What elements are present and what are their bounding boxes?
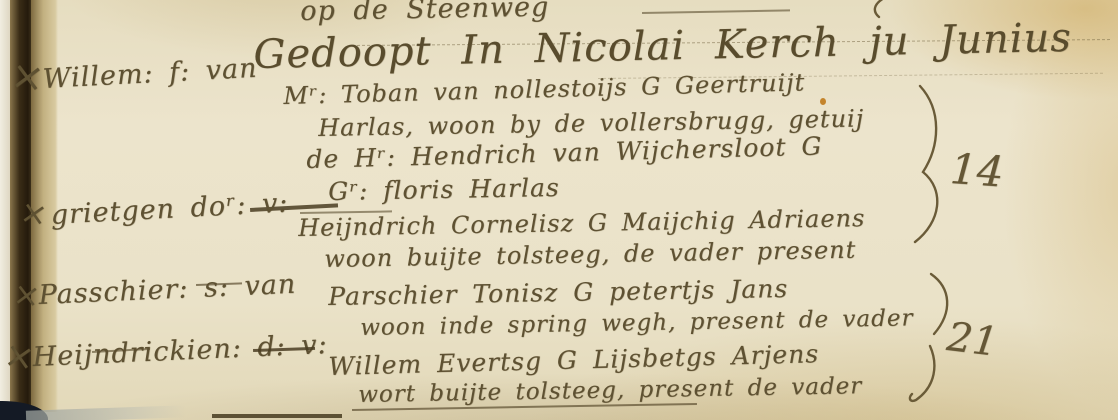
day-number: 14: [949, 144, 1006, 197]
entry-line: Gʳ: floris Harlas: [328, 173, 560, 206]
entry-line: Parschier Tonisz G petertjs Jans: [328, 274, 788, 311]
trailing-dash-line: [642, 9, 790, 14]
top-line-fragment: op de Steenweg: [300, 0, 550, 27]
bracket-fragment-top: [868, 0, 890, 18]
grouping-brace-3: [906, 344, 942, 404]
register-page: op de Steenweg Gedoopt In Nicolai Kerch …: [0, 0, 1118, 420]
grouping-brace-1: [908, 84, 952, 246]
margin-name: Passchier: s: van: [38, 269, 297, 311]
day-number: 21: [944, 314, 1000, 366]
margin-name: Heijndrickien: d: v:: [32, 329, 328, 373]
entry-line: wort buijte tolsteeg, present de vader: [358, 373, 863, 408]
entry-line: woon inde spring wegh, present de vader: [360, 305, 914, 341]
ink-stain-dot: [820, 98, 826, 105]
margin-name: grietgen doʳ: v:: [50, 188, 289, 231]
underline-stroke: [212, 414, 342, 418]
entry-line: woon buijte tolsteeg, de vader present: [324, 236, 857, 273]
margin-name: Willem: f: van: [42, 53, 258, 95]
